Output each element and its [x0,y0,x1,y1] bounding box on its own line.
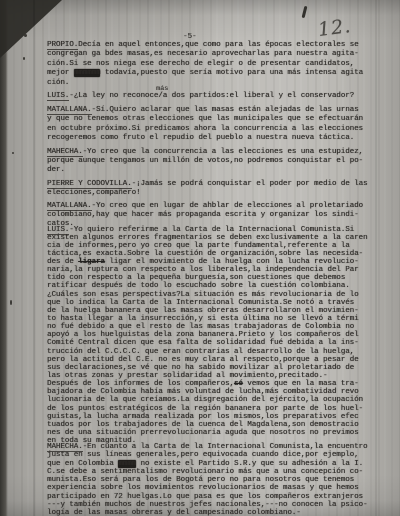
text-line: de los puntos estratégicos de la región … [47,405,383,413]
scanned-document-page: 12. -5- más PROPIO.Decía en aquel entonc… [0,0,400,516]
speaker-name: MATALLANA. [47,202,92,211]
text-line: PROPIO.Decía en aquel entonces,que como … [47,41,383,50]
text-line: táctica,es exacta.Sobre la cuestión de o… [47,250,383,258]
typed-document-body: -5- más PROPIO.Decía en aquel entonces,q… [0,0,400,516]
text-line: C.se debe a sentimentalismo revolucionar… [47,468,383,476]
text-line: PIERRE Y CODOVILLA.-¡Jamás se podrá conq… [47,180,383,189]
speaker-name: PROPIO. [47,41,78,50]
text-line: des de ligara ligar el movimiento de la … [47,258,383,266]
text-line: Comité Central dicen que esa falta de so… [47,339,383,347]
text-line: pero la actitud del C.E. no es muy clara… [47,356,383,364]
text-line: der. [47,166,383,175]
text-line: colombiano,hay que hacer más propaganda … [47,211,383,220]
paragraph-luis-question: LUIS.-¿La ley no reconoce/a dos partidos… [47,92,383,101]
text-line: congregan ga bdes masas,es necesario apr… [47,50,383,59]
paragraph-luis-2: LUIS.-Yo quiero referirme a la Carta de … [47,226,383,446]
text-line: MAHECHA.-Yo creo que la concurrencia a l… [47,148,383,157]
text-line: ción. [47,79,383,88]
text-line: participado en 72 huelgas.Lo que pasa es… [47,493,383,501]
text-line: tuados por los trabajadores de la cuenca… [47,421,383,429]
text-line: logía de las masas obreras y del campesi… [47,509,383,516]
text-line: justa en sus líneas generales,pero equiv… [47,451,383,459]
text-line: y que no tenemos otras elecciones que la… [47,115,383,124]
text-line: ¿Cuáles son esas perspectivas?La situaci… [47,291,383,299]
text-line: recogeremos como fruto el repudio del pu… [47,134,383,143]
text-line: elecciones,compañero! [47,189,383,198]
text-line: porque aunque tengamos un millón de voto… [47,157,383,166]
text-line: guistas,la lucha armada realizada por lo… [47,413,383,421]
paragraph-pierre-codovilla: PIERRE Y CODOVILLA.-¡Jamás se podrá conq… [47,180,383,199]
text-line: LUIS.-Yo quiero referirme a la Carta de … [47,226,383,234]
text-line: que en Colombia mmmm no existe el Partid… [47,460,383,468]
text-line: las otras zonas y prestar solidaridad al… [47,372,383,380]
speaker-name: MATALLANA. [47,106,92,115]
ink-blot-redaction: mmmm [118,460,136,468]
speaker-name: MAHECHA. [47,148,83,157]
text-line: MATALLANA.-Sí.Quiero aclarar que las mas… [47,106,383,115]
struck-out-word: sé [234,380,243,388]
paragraph-mahecha-1: MAHECHA.-Yo creo que la concurrencia a l… [47,148,383,176]
paragraph-matallana-1: MATALLANA.-Sí.Quiero aclarar que las mas… [47,106,383,144]
paragraph-propio: PROPIO.Decía en aquel entonces,que como … [47,41,383,88]
page-number: -5- [183,33,197,41]
text-line: que lo indica la Carta de la Internacion… [47,299,383,307]
text-line: ción.Si se nos niega ese derecho de eleg… [47,60,383,69]
text-line: de la huelga bananera que las masas obre… [47,307,383,315]
speaker-name: PIERRE Y CODOVILLA. [47,180,132,189]
struck-out-word: ligara [78,258,105,266]
text-line: nes de una situación prerrevolucionaria … [47,429,383,437]
text-line: LUIS.-¿La ley no reconoce/a dos partidos… [47,92,383,101]
text-line: mejor mmmmmm todavía,puesto que sería mo… [47,69,383,78]
text-line: experiencia sobre los movimientos revolu… [47,484,383,492]
ink-blot-redaction: mmmmmm [74,69,101,77]
text-line: lucionaria de la que creíamos.La disgreg… [47,396,383,404]
text-line: cia de informes,pero yo creo que la part… [47,242,383,250]
text-line: to hasta llegar a la insurrección,y si e… [47,315,383,323]
speaker-name: LUIS. [47,92,69,101]
paragraph-mahecha-2: MAHECHA.-En cuanto a la Carta de la Inte… [47,443,383,516]
text-line: ratificar después de todo lo escuchado s… [47,282,383,290]
text-line: sus declaraciones,se vé que no ha sabido… [47,364,383,372]
text-line: existen algunos errores fragmentarios se… [47,234,383,242]
text-line: en octubre próximo.Si predicamos ahora l… [47,125,383,134]
text-line: MATALLANA.-Yo creo que en lugar de ahbla… [47,202,383,211]
text-line: trucción del C.C.C.C. que eran contraria… [47,348,383,356]
